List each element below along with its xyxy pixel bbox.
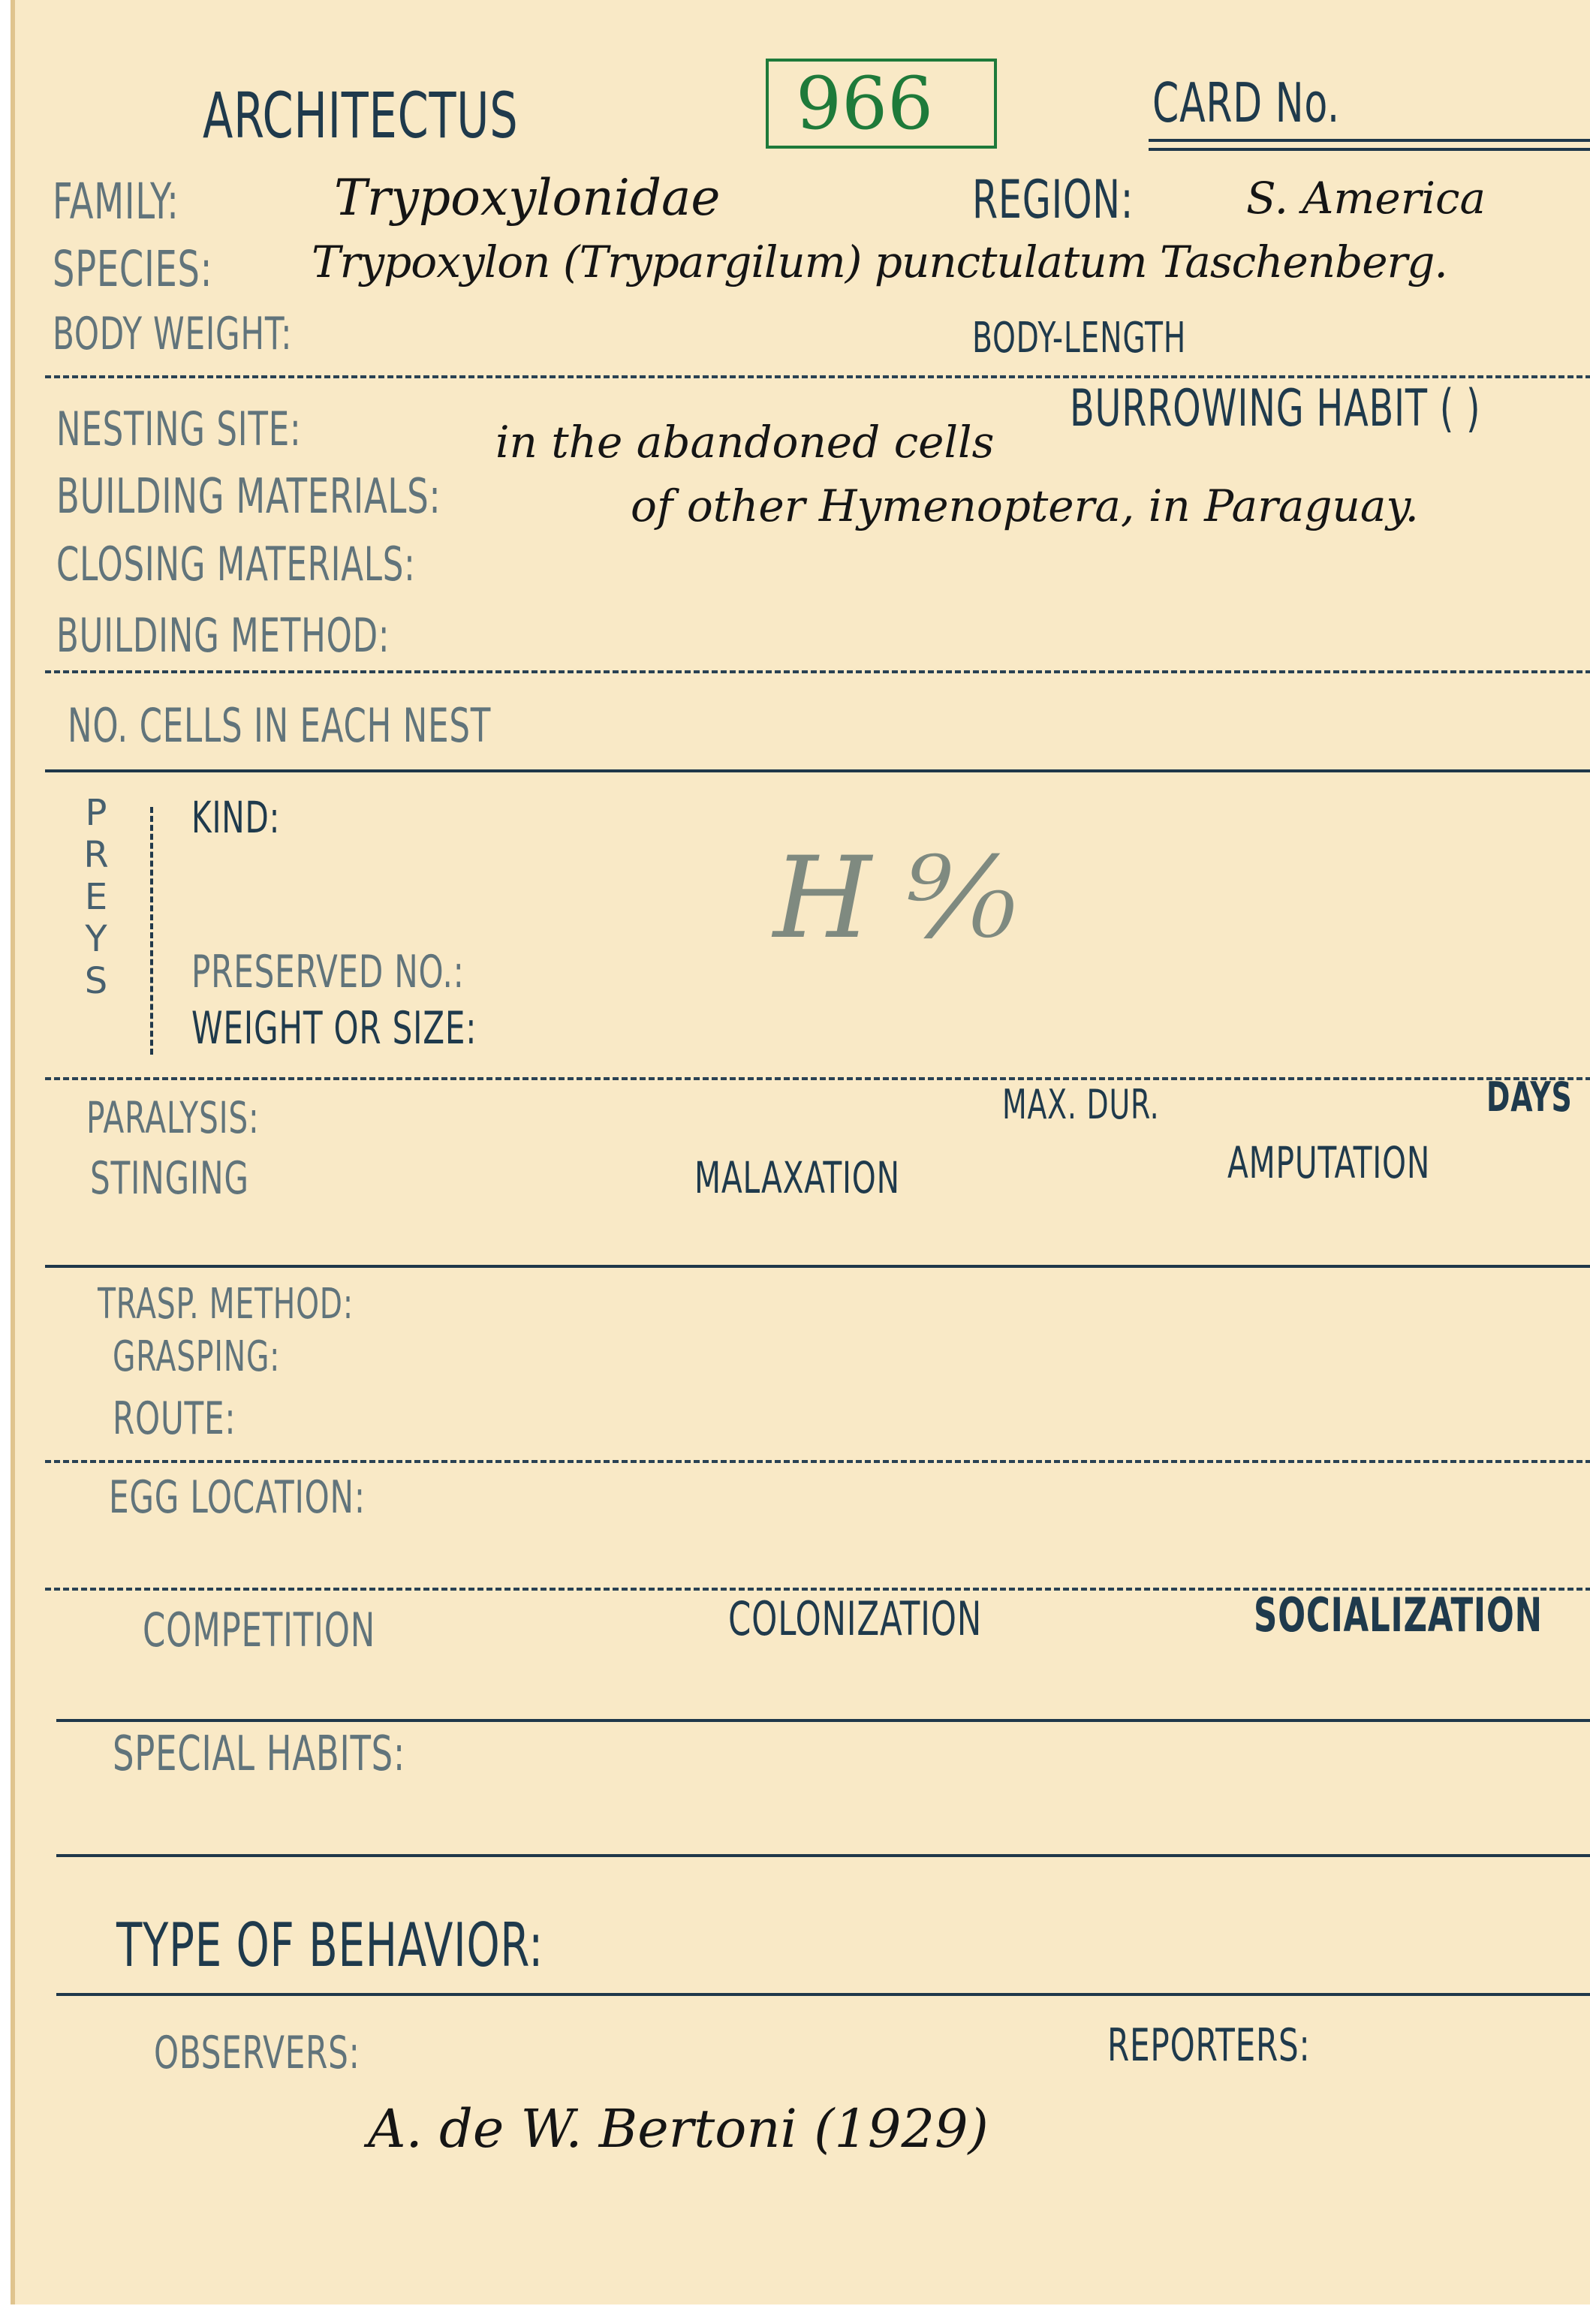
divider-10: [56, 1993, 1590, 1996]
nesting-note-line2: of other Hymenoptera, in Paraguay.: [631, 480, 1419, 531]
family-label: FAMILY:: [53, 173, 179, 230]
divider-6: [45, 1460, 1590, 1463]
species-value: Trypoxylon (Trypargilum) punctulatum Tas…: [312, 236, 1447, 287]
stinging-label: STINGING: [90, 1152, 249, 1205]
transp-method-label: TRASP. METHOD:: [98, 1280, 354, 1329]
nesting-site-label: NESTING SITE:: [56, 402, 301, 456]
behavior-label: TYPE OF BEHAVIOR:: [116, 1910, 544, 1980]
route-label: ROUTE:: [113, 1392, 236, 1445]
prey-preserved-label: PRESERVED NO.:: [191, 946, 465, 998]
grasping-label: GRASPING:: [113, 1332, 280, 1381]
divider-4: [45, 1077, 1590, 1080]
max-dur-label: MAX. DUR.: [1002, 1081, 1159, 1128]
species-label: SPECIES:: [53, 240, 212, 298]
amputation-label: AMPUTATION: [1227, 1137, 1430, 1188]
days-label: DAYS: [1486, 1073, 1573, 1121]
prey-weight-label: WEIGHT OR SIZE:: [191, 1002, 477, 1055]
colonization-label: COLONIZATION: [728, 1591, 982, 1646]
region-value: S. America: [1246, 173, 1486, 224]
egg-location-label: EGG LOCATION:: [109, 1471, 366, 1524]
divider-9: [56, 1854, 1590, 1857]
card-title: ARCHITECTUS: [203, 79, 518, 152]
prey-kind-label: KIND:: [191, 792, 280, 843]
paralysis-label: PARALYSIS:: [86, 1092, 259, 1143]
divider-1: [45, 375, 1590, 378]
malaxation-label: MALAXATION: [694, 1152, 900, 1203]
competition-label: COMPETITION: [143, 1603, 375, 1657]
divider-2: [45, 670, 1590, 673]
card-no-underline-2: [1149, 148, 1590, 151]
index-card: ARCHITECTUS 966 CARD No. FAMILY: Trypoxy…: [11, 0, 1590, 2304]
region-label: REGION:: [972, 169, 1134, 230]
prey-pencil-note: H ⁹⁄₀: [773, 833, 1016, 964]
observers-label: OBSERVERS:: [154, 2027, 360, 2079]
special-habits-label: SPECIAL HABITS:: [113, 1726, 405, 1782]
cells-label: NO. CELLS IN EACH NEST: [68, 698, 491, 753]
divider-3: [45, 769, 1590, 772]
building-method-label: BUILDING METHOD:: [56, 608, 390, 663]
divider-8: [56, 1719, 1590, 1722]
card-no-label: CARD No.: [1152, 71, 1340, 134]
burrowing-habit-label: BURROWING HABIT ( ): [1070, 379, 1480, 438]
card-number: 966: [796, 62, 933, 146]
closing-materials-label: CLOSING MATERIALS:: [56, 537, 416, 592]
divider-5: [45, 1265, 1590, 1268]
building-materials-label: BUILDING MATERIALS:: [56, 469, 441, 525]
prey-divider: [150, 807, 153, 1055]
nesting-note-line1: in the abandoned cells: [495, 417, 994, 468]
family-value: Trypoxylonidae: [334, 169, 720, 227]
prey-side-label: PREYS: [74, 792, 119, 1002]
card-no-underline-1: [1149, 139, 1590, 142]
body-length-label: BODY-LENGTH: [972, 314, 1186, 363]
observer-value: A. de W. Bertoni (1929): [368, 2098, 989, 2160]
socialization-label: SOCIALIZATION: [1254, 1588, 1543, 1642]
body-weight-label: BODY WEIGHT:: [53, 308, 292, 360]
reporters-label: REPORTERS:: [1107, 2019, 1311, 2072]
